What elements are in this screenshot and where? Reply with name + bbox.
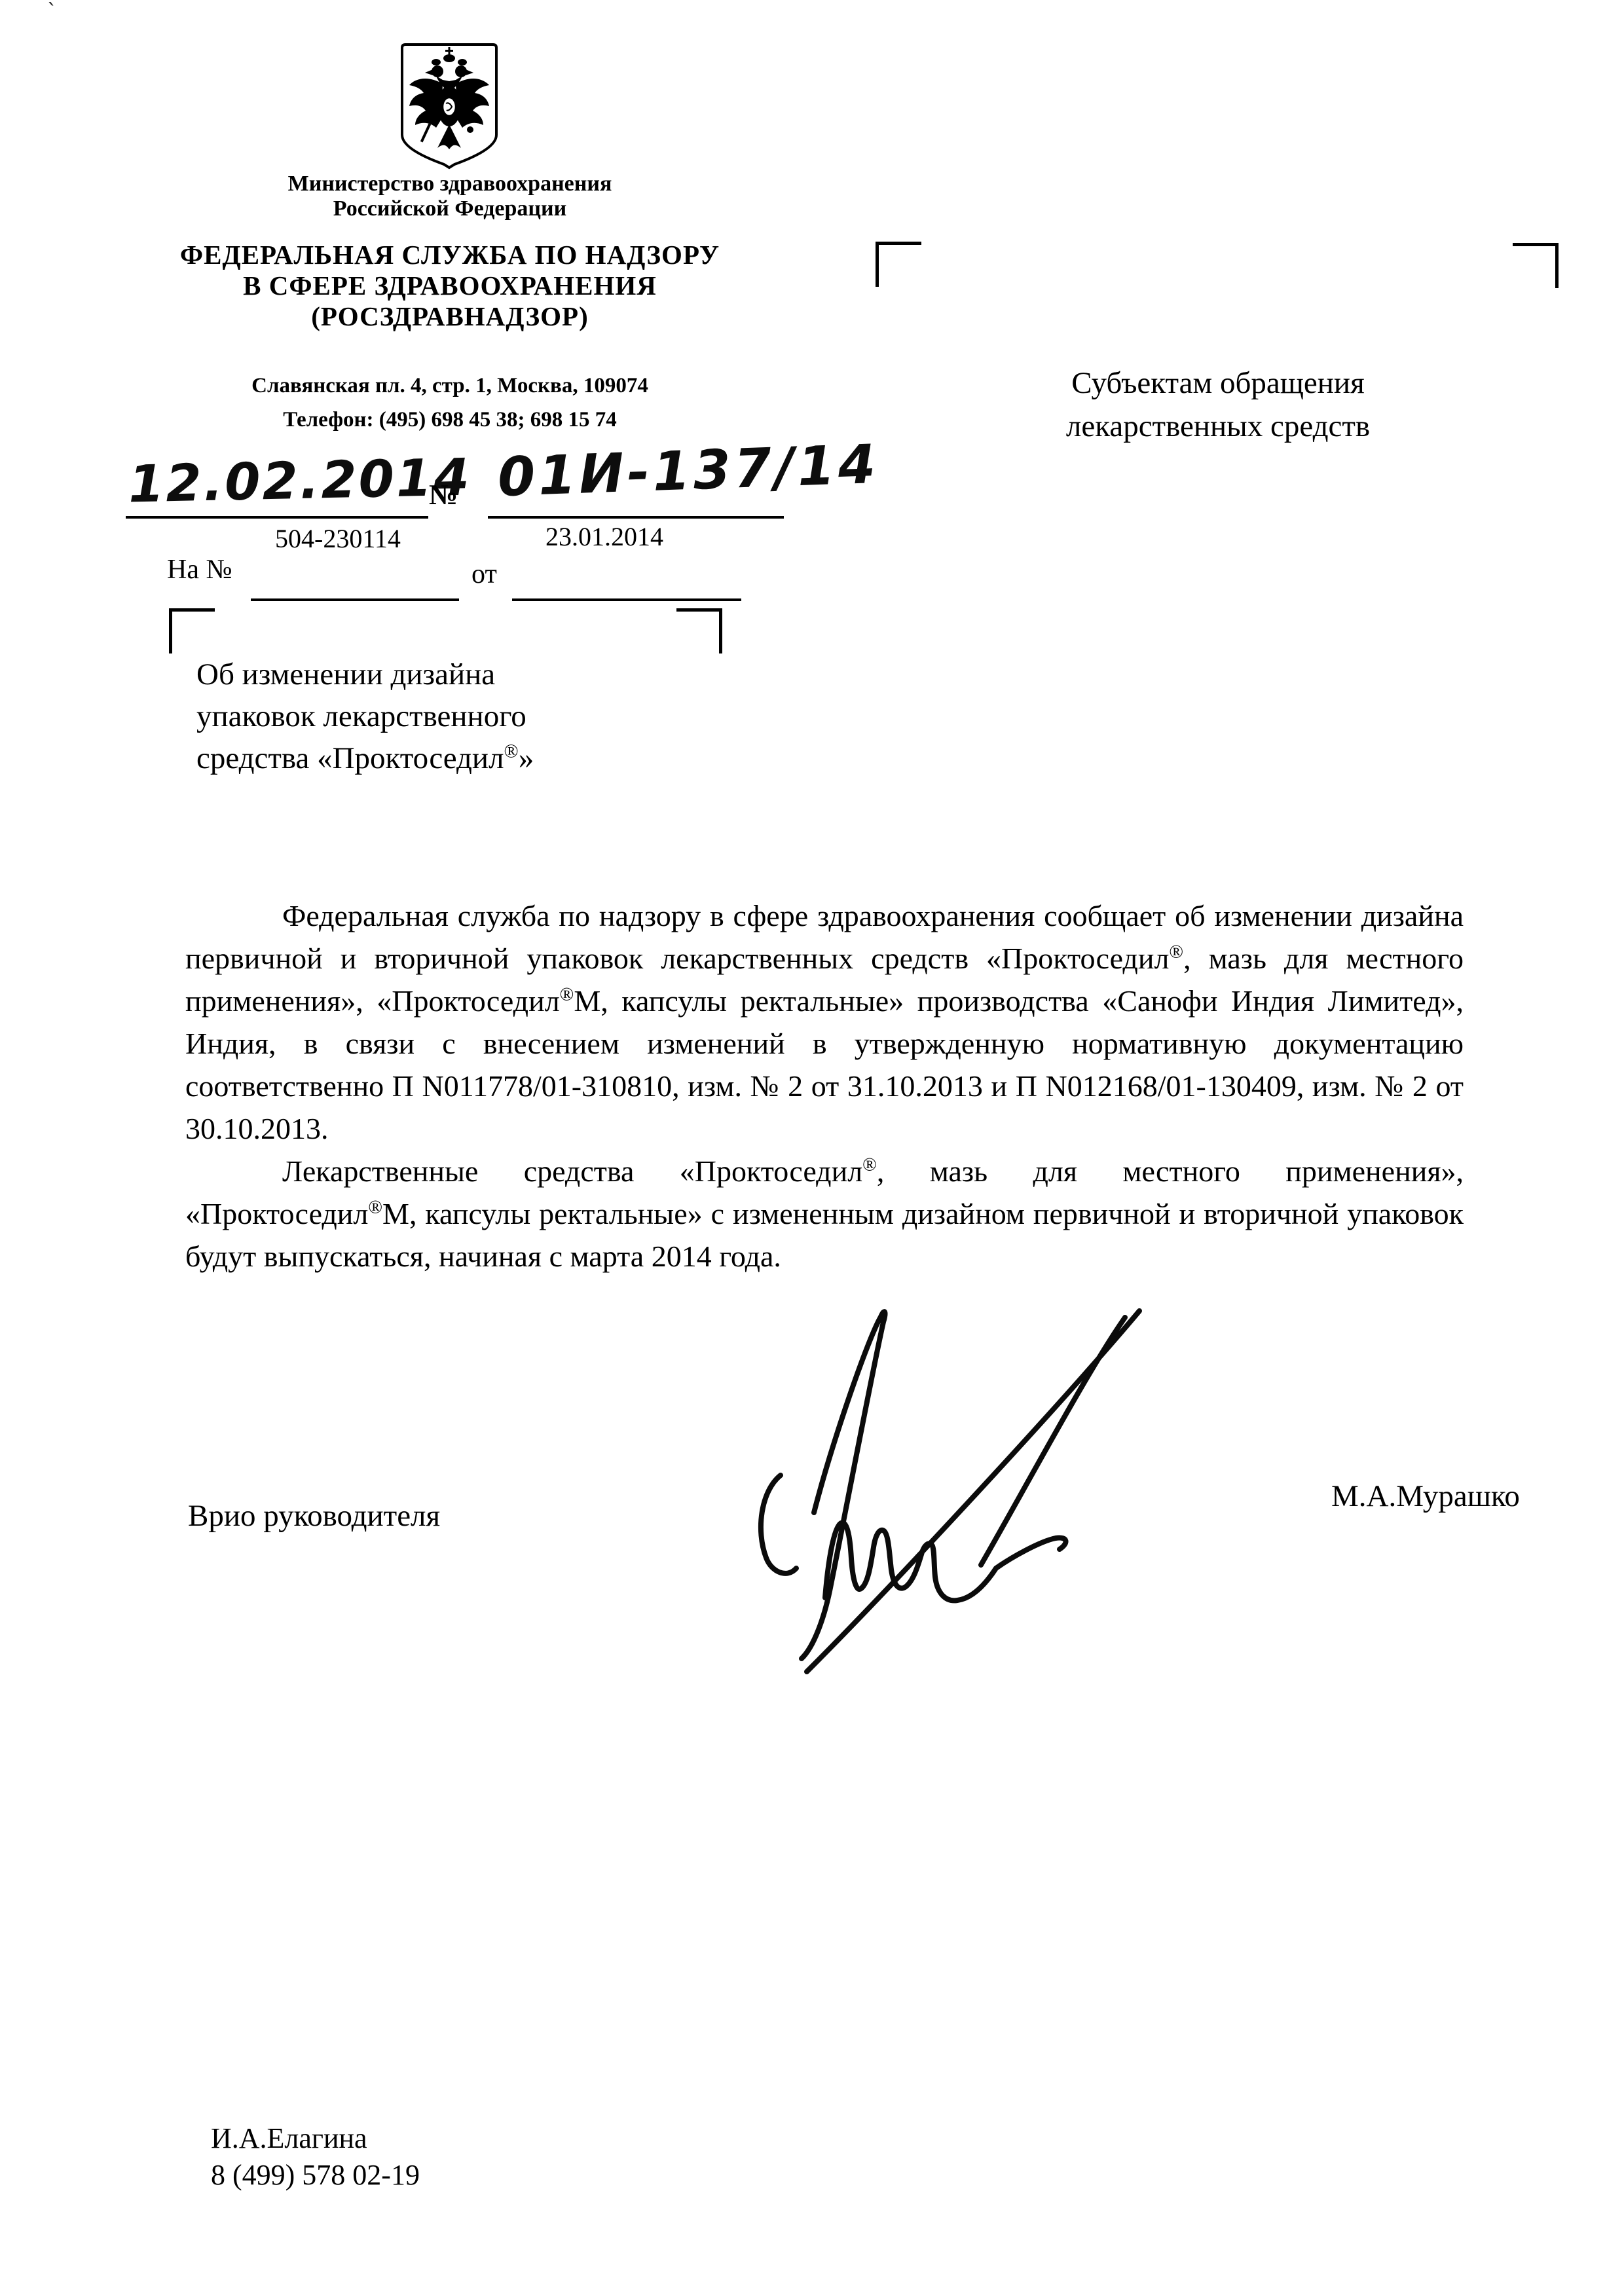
signer-name: М.А.Мурашко — [1331, 1479, 1520, 1514]
body-paragraph-1: Федеральная служба по надзору в сфере зд… — [185, 894, 1464, 1150]
agency-name: ФЕДЕРАЛЬНАЯ СЛУЖБА ПО НАДЗОРУ В СФЕРЕ ЗД… — [109, 240, 790, 332]
registered-trademark-symbol: ® — [862, 1155, 877, 1175]
letter-body: Федеральная служба по надзору в сфере зд… — [185, 894, 1464, 1278]
agency-phone: Телефон: (495) 698 45 38; 698 15 74 — [109, 403, 790, 437]
executor-phone: 8 (499) 578 02-19 — [211, 2157, 420, 2194]
agency-address: Славянская пл. 4, стр. 1, Москва, 109074 — [109, 369, 790, 403]
body-paragraph-2: Лекарственные средства «Проктоседил®, ма… — [185, 1150, 1464, 1278]
signer-position: Врио руководителя — [188, 1498, 440, 1534]
subject-block: Об изменении дизайна упаковок лекарствен… — [196, 653, 534, 779]
recipient-line1: Субъектам обращения — [936, 361, 1500, 405]
from-label: от — [471, 559, 497, 590]
scan-speck: ` — [47, 0, 57, 23]
number-sign: № — [429, 478, 458, 511]
agency-contact: Славянская пл. 4, стр. 1, Москва, 109074… — [109, 369, 790, 437]
ministry-name: Министерство здравоохранения Российской … — [208, 172, 692, 221]
subject-line3-text: средства «Проктоседил — [196, 741, 504, 775]
number-underline — [488, 516, 784, 519]
subject-zone-corner-left — [169, 608, 215, 653]
agency-line1: ФЕДЕРАЛЬНАЯ СЛУЖБА ПО НАДЗОРУ — [109, 240, 790, 270]
russian-coat-of-arms-icon — [399, 42, 499, 170]
ministry-line1: Министерство здравоохранения — [208, 172, 692, 196]
handwritten-outgoing-number: 01И-137/14 — [497, 433, 880, 509]
agency-line2: В СФЕРЕ ЗДРАВООХРАНЕНИЯ — [109, 270, 790, 301]
subject-line1: Об изменении дизайна — [196, 653, 534, 695]
executor-block: И.А.Елагина 8 (499) 578 02-19 — [211, 2120, 420, 2194]
recipient-line2: лекарственных средств — [936, 405, 1500, 448]
subject-line3-close: » — [519, 741, 534, 775]
signature-ink — [747, 1300, 1166, 1732]
agency-line3: (РОСЗДРАВНАДЗОР) — [109, 301, 790, 332]
date-underline — [126, 516, 428, 519]
recipient-zone-corner-right — [1513, 243, 1559, 288]
incoming-ref-date: 23.01.2014 — [545, 521, 663, 552]
incoming-ref-number: 504-230114 — [275, 523, 401, 554]
incoming-ref-label: На № — [167, 554, 232, 585]
ref-date-blank-line — [512, 598, 741, 601]
subject-zone-corner-right — [676, 608, 722, 653]
subject-line3: средства «Проктоседил®» — [196, 737, 534, 779]
recipient-zone-corner-left — [876, 242, 921, 287]
registered-trademark-symbol: ® — [560, 985, 574, 1005]
handwritten-outgoing-date: 12.02.2014 — [128, 449, 471, 515]
scanned-letter-page: ` — [0, 0, 1624, 2280]
registered-trademark-symbol: ® — [504, 741, 519, 762]
registered-trademark-symbol: ® — [1169, 942, 1183, 963]
executor-name: И.А.Елагина — [211, 2120, 420, 2157]
p2-text-1: Лекарственные средства «Проктоседил — [282, 1154, 862, 1188]
subject-line2: упаковок лекарственного — [196, 695, 534, 737]
ref-number-blank-line — [251, 598, 459, 601]
recipient-block: Субъектам обращения лекарственных средст… — [936, 361, 1500, 448]
ministry-line2: Российской Федерации — [208, 196, 692, 221]
registered-trademark-symbol: ® — [368, 1198, 382, 1218]
